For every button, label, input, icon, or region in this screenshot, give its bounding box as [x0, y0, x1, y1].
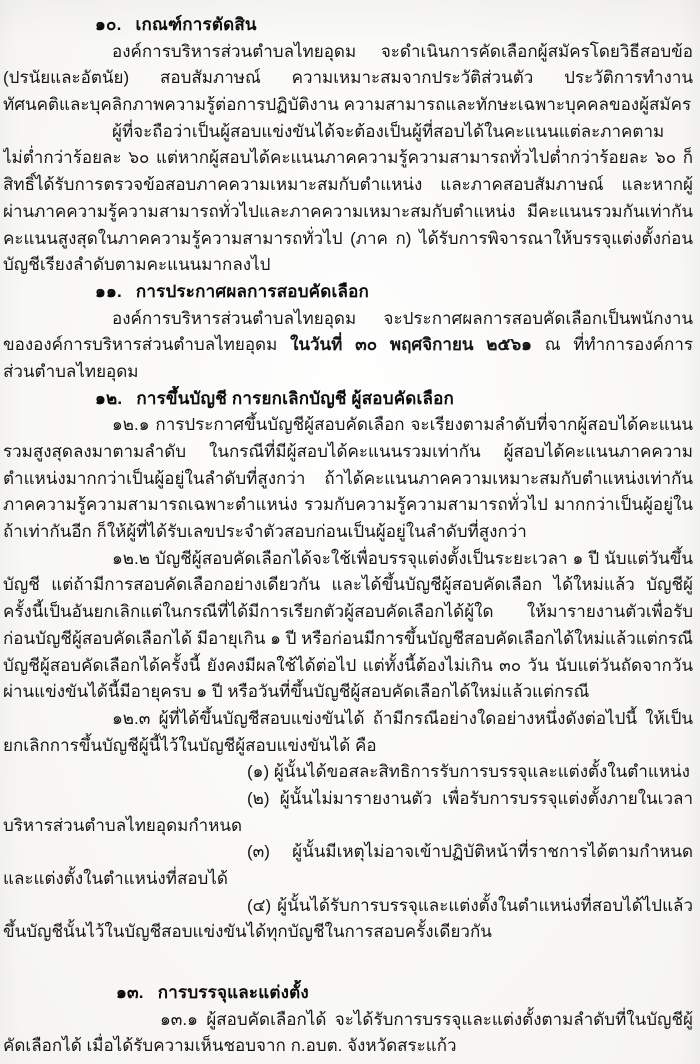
doc-line-s12-p0-l2: ตำแหน่งมากกว่าเป็นผู้อยู่ในลำดับที่สูงกว… [3, 466, 693, 493]
doc-line-s11-p0-l0: องค์การบริหารส่วนตำบลไทยอุดม จะประกาศผลก… [112, 306, 693, 333]
doc-line-s12-p4-l0: (๒) ผู้นั้นไม่มารายงานตัว เพื่อรับการบรร… [247, 786, 693, 813]
doc-line-s12-p0-l0: ๑๒.๑ การประกาศขึ้นบัญชีผู้สอบคัดเลือก จะ… [112, 412, 693, 439]
doc-line-s12-p1-l2: ครั้งนี้เป็นอันยกเลิกแต่ในกรณีที่ได้มีกา… [3, 599, 693, 626]
section-heading-11: ๑๑.การประกาศผลการสอบคัดเลือก [95, 279, 693, 306]
section-title: การบรรจุและแต่งตั้ง [158, 983, 309, 1002]
doc-line-s12-p6-l0: (๔) ผู้นั้นได้รับการบรรจุและแต่งตั้งในตำ… [247, 893, 693, 920]
doc-line-s12-p0-l1: รวมสูงสุดลงมาตามลำดับ ในกรณีที่มีผู้สอบไ… [3, 439, 693, 466]
section-heading-13: ๑๓.การบรรจุและแต่งตั้ง [116, 980, 693, 1007]
doc-line-s10-p1-l1: ไม่ต่ำกว่าร้อยละ ๖๐ แต่หากผู้สอบได้คะแนน… [3, 145, 693, 172]
doc-line-s12-p3-l0: (๑) ผู้นั้นได้ขอสละสิทธิการรับการบรรจุแล… [247, 759, 693, 786]
doc-line-s10-p1-l5: บัญชีเรียงลำดับตามคะแนนมากลงไป [3, 252, 693, 279]
doc-line-s10-p0-l1: (ปรนัยและอัตนัย) สอบสัมภาษณ์ ความเหมาะสม… [3, 65, 693, 92]
doc-line-s12-p1-l3: ก่อนบัญชีผู้สอบคัดเลือกได้ มีอายุเกิน ๑ … [3, 626, 693, 653]
doc-line-s10-p1-l2: สิทธิ์ได้รับการตรวจข้อสอบภาคความเหมาะสมก… [3, 172, 693, 199]
doc-line-s12-p5-l1: และแต่งตั้งในตำแหน่งที่สอบได้ [3, 866, 693, 893]
scanned-document-page: ๑๐.เกณฑ์การตัดสินองค์การบริหารส่วนตำบลไท… [0, 0, 700, 1064]
doc-line-s12-p1-l5: ผ่านแข่งขันได้นี้มีอายุครบ ๑ ปี หรือวันท… [3, 679, 693, 706]
section-number: ๑๑. [95, 282, 122, 301]
doc-line-s12-p5-l0: (๓) ผู้นั้นมีเหตุไม่อาจเข้าปฏิบัติหน้าที… [247, 839, 693, 866]
document-body: ๑๐.เกณฑ์การตัดสินองค์การบริหารส่วนตำบลไท… [2, 12, 693, 1060]
doc-line-s12-p2-l0: ๑๒.๓ ผู้ที่ได้ขึ้นบัญชีสอบแข่งขันได้ ถ้า… [112, 706, 693, 733]
announcement-date-bold: ในวันที่ ๓๐ พฤศจิกายน ๒๕๖๑ [290, 335, 532, 354]
doc-line-s13-p0-l0: ๑๓.๑ ผู้สอบคัดเลือกได้ จะได้รับการบรรจุแ… [160, 1007, 693, 1034]
doc-line-s10-p0-l2: ทัศนคติและบุคลิกภาพความรู้ต่อการปฏิบัติง… [3, 92, 693, 119]
section-heading-12: ๑๒.การขึ้นบัญชี การยกเลิกบัญชี ผู้สอบคัด… [95, 386, 693, 413]
section-heading-10: ๑๐.เกณฑ์การตัดสิน [95, 12, 693, 39]
doc-line-s12-p0-l4: ถ้าเท่ากันอีก ก็ให้ผู้ที่ได้รับเลขประจำต… [3, 519, 693, 546]
doc-line-s10-p1-l0: ผู้ที่จะถือว่าเป็นผู้สอบแข่งขันได้จะต้อง… [112, 119, 693, 146]
doc-line-s11-p0-l1: ขององค์การบริหารส่วนตำบลไทยอุดม ในวันที่… [3, 332, 693, 359]
doc-line-s12-p0-l3: ภาคความรู้ความสามารถเฉพาะตำแหน่ง รวมกับค… [3, 492, 693, 519]
section-number: ๑๓. [116, 983, 144, 1002]
doc-line-s13-p0-l1: คัดเลือกได้ เมื่อได้รับความเห็นชอบจาก ก.… [3, 1033, 693, 1060]
doc-line-s10-p0-l0: องค์การบริหารส่วนตำบลไทยอุดม จะดำเนินการ… [112, 39, 693, 66]
doc-line-s10-p1-l3: ผ่านภาคความรู้ความสามารถทั่วไปและภาคความ… [3, 199, 693, 226]
doc-line-s12-p1-l0: ๑๒.๒ บัญชีผู้สอบคัดเลือกได้จะใช้เพื่อบรร… [112, 546, 693, 573]
doc-line-s12-p1-l4: บัญชีผู้สอบคัดเลือกได้ครั้งนี้ ยังคงมีผล… [3, 653, 693, 680]
doc-line-s12-p6-l1: ขึ้นบัญชีนั้นไว้ในบัญชีสอบแข่งขันได้ทุกบ… [3, 919, 693, 946]
section-title: การประกาศผลการสอบคัดเลือก [136, 282, 369, 301]
doc-line-s10-p1-l4: คะแนนสูงสุดในภาคความรู้ความสามารถทั่วไป … [3, 226, 693, 253]
doc-line-s11-p0-l2: ส่วนตำบลไทยอุดม [3, 359, 693, 386]
section-number: ๑๐. [95, 15, 122, 34]
doc-line-s12-p4-l1: บริหารส่วนตำบลไทยอุดมกำหนด [3, 813, 693, 840]
section-title: เกณฑ์การตัดสิน [136, 15, 257, 34]
section-title: การขึ้นบัญชี การยกเลิกบัญชี ผู้สอบคัดเลื… [136, 389, 454, 408]
text-segment: ขององค์การบริหารส่วนตำบลไทยอุดม [3, 335, 290, 354]
doc-line-s12-p2-l1: ยกเลิกการขึ้นบัญชีผู้นี้ไว้ในบัญชีผู้สอบ… [3, 733, 693, 760]
doc-line-s12-p1-l1: บัญชี แต่ถ้ามีการสอบคัดเลือกอย่างเดียวกั… [3, 572, 693, 599]
section-number: ๑๒. [95, 389, 122, 408]
